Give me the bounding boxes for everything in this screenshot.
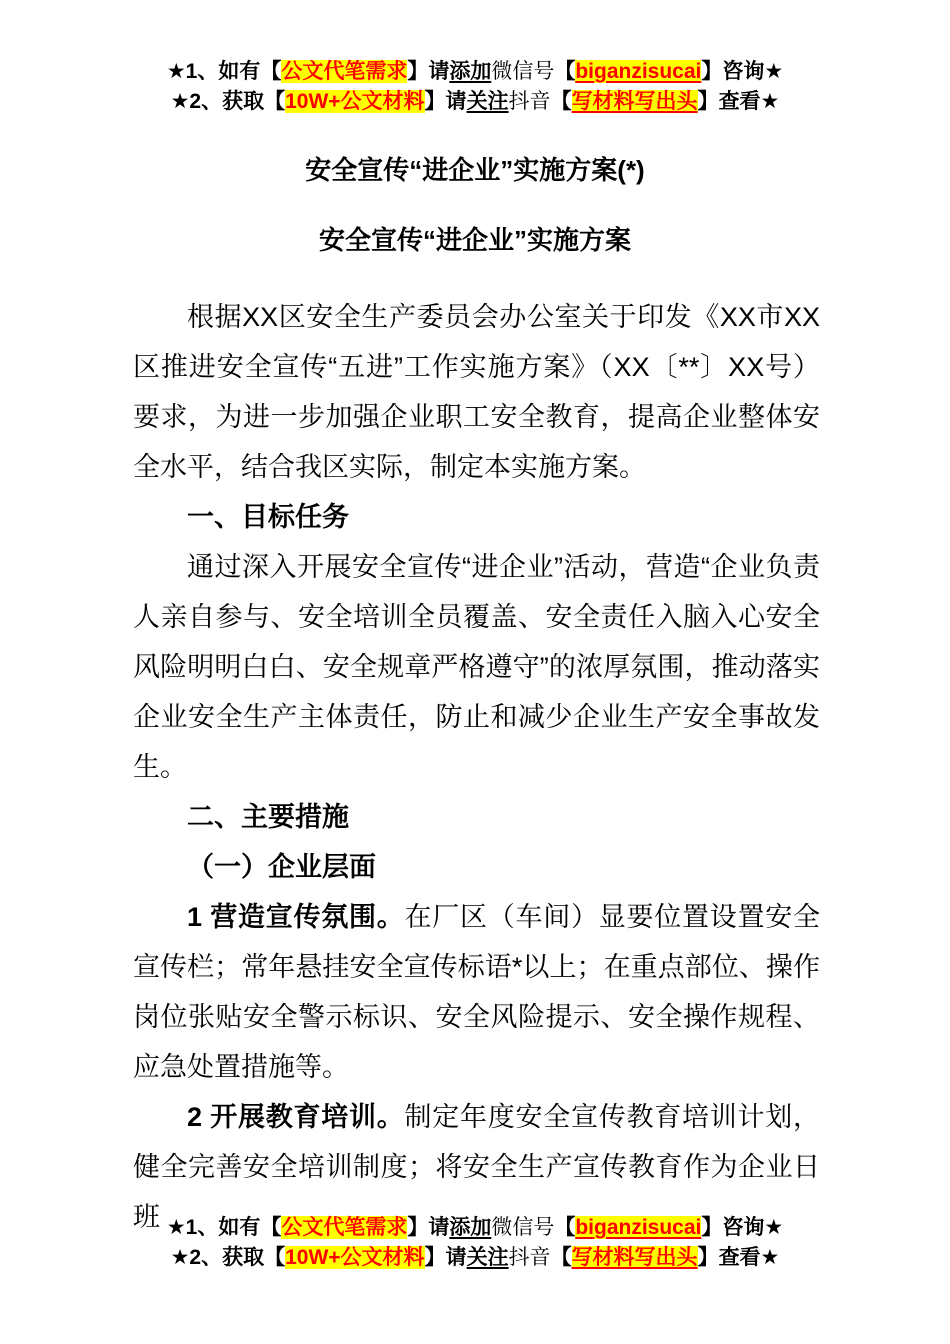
promo-banner-bottom: ★1、如有【公文代笔需求】请添加微信号【biganzisucai】咨询★ ★2、… xyxy=(0,1213,950,1273)
section-heading-1: 一、目标任务 xyxy=(133,492,820,542)
item-1-lead: 1 营造宣传氛围。 xyxy=(187,902,405,932)
promo-2-underline: 关注 xyxy=(467,90,509,113)
section-heading-2: 二、主要措施 xyxy=(133,792,820,842)
paragraph-intro: 根据XX区安全生产委员会办公室关于印发《XX市XX区推进安全宣传“五进”工作实施… xyxy=(133,292,820,492)
promo-1-bracket-close: 】 xyxy=(701,60,722,83)
promo-1-highlight: 公文代笔需求 xyxy=(281,1216,407,1239)
promo-1-prefix: ★1、如有【 xyxy=(167,60,282,83)
promo-1-bracket-close: 】 xyxy=(701,1216,722,1239)
promo-2-bracket-close: 】 xyxy=(698,90,719,113)
promo-line-2: ★2、获取【10W+公文材料】请关注抖音【写材料写出头】查看★ xyxy=(0,87,950,117)
promo-banner-top: ★1、如有【公文代笔需求】请添加微信号【biganzisucai】咨询★ ★2、… xyxy=(0,0,950,117)
promo-2-prefix: ★2、获取【 xyxy=(171,1246,286,1269)
promo-2-highlight: 10W+公文材料 xyxy=(285,1246,424,1269)
promo-1-suffix: 咨询★ xyxy=(722,1216,783,1239)
promo-2-prefix: ★2、获取【 xyxy=(171,90,286,113)
promo-line-2: ★2、获取【10W+公文材料】请关注抖音【写材料写出头】查看★ xyxy=(0,1243,950,1273)
promo-2-mid: 】请 xyxy=(425,90,467,113)
doc-subtitle: 安全宣传“进企业”实施方案 xyxy=(0,220,950,260)
promo-2-account: 写材料写出头 xyxy=(572,1246,698,1269)
promo-1-suffix: 咨询★ xyxy=(722,60,783,83)
promo-1-channel: 微信号 xyxy=(491,1216,554,1239)
promo-1-bracket-open: 【 xyxy=(554,60,575,83)
doc-title: 安全宣传“进企业”实施方案(*) xyxy=(0,150,950,190)
promo-1-mid: 】请 xyxy=(407,60,449,83)
subsection-heading-2-1: （一）企业层面 xyxy=(133,842,820,892)
document-page: ★1、如有【公文代笔需求】请添加微信号【biganzisucai】咨询★ ★2、… xyxy=(0,0,950,1344)
promo-1-account: biganzisucai xyxy=(575,60,701,83)
promo-1-channel: 微信号 xyxy=(491,60,554,83)
promo-1-underline: 添加 xyxy=(449,1216,491,1239)
paragraph-item-1: 1 营造宣传氛围。在厂区（车间）显要位置设置安全宣传栏；常年悬挂安全宣传标语*以… xyxy=(133,892,820,1092)
promo-1-highlight: 公文代笔需求 xyxy=(281,60,407,83)
promo-line-1: ★1、如有【公文代笔需求】请添加微信号【biganzisucai】咨询★ xyxy=(0,57,950,87)
promo-1-underline: 添加 xyxy=(449,60,491,83)
doc-body: 根据XX区安全生产委员会办公室关于印发《XX市XX区推进安全宣传“五进”工作实施… xyxy=(0,292,950,1242)
promo-2-suffix: 查看★ xyxy=(719,1246,780,1269)
item-2-lead: 2 开展教育培训。 xyxy=(187,1102,405,1132)
promo-2-bracket-open: 【 xyxy=(551,90,572,113)
promo-2-bracket-open: 【 xyxy=(551,1246,572,1269)
promo-line-1: ★1、如有【公文代笔需求】请添加微信号【biganzisucai】咨询★ xyxy=(0,1213,950,1243)
promo-2-underline: 关注 xyxy=(467,1246,509,1269)
promo-1-mid: 】请 xyxy=(407,1216,449,1239)
promo-2-channel: 抖音 xyxy=(509,90,551,113)
promo-2-highlight: 10W+公文材料 xyxy=(285,90,424,113)
promo-1-account: biganzisucai xyxy=(575,1216,701,1239)
promo-2-bracket-close: 】 xyxy=(698,1246,719,1269)
promo-2-channel: 抖音 xyxy=(509,1246,551,1269)
promo-1-prefix: ★1、如有【 xyxy=(167,1216,282,1239)
promo-2-account: 写材料写出头 xyxy=(572,90,698,113)
promo-2-mid: 】请 xyxy=(425,1246,467,1269)
promo-1-bracket-open: 【 xyxy=(554,1216,575,1239)
promo-2-suffix: 查看★ xyxy=(719,90,780,113)
paragraph-goals: 通过深入开展安全宣传“进企业”活动，营造“企业负责人亲自参与、安全培训全员覆盖、… xyxy=(133,542,820,792)
